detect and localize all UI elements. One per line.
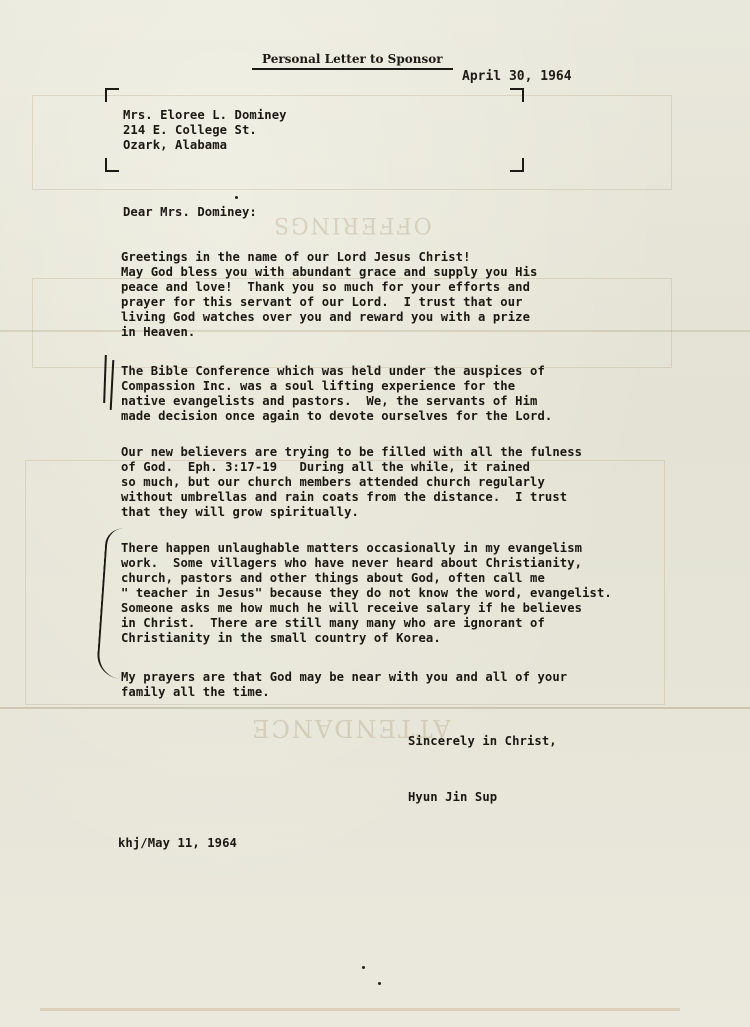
reference-line: khj/May 11, 1964 [118,836,237,851]
letter-date: April 30, 1964 [462,69,572,84]
address-corner-mark [510,158,524,172]
margin-mark [103,355,107,403]
ink-dot [362,966,365,969]
paragraph-greeting: Greetings in the name of our Lord Jesus … [121,250,538,340]
letter-heading: Personal Letter to Sponsor [252,52,453,70]
recipient-street: 214 E. College St. [123,123,257,137]
address-corner-mark [510,88,524,102]
recipient-city: Ozark, Alabama [123,138,227,152]
show-through-offerings: OFFERINGS [272,212,432,237]
paragraph-new-believers: Our new believers are trying to be fille… [121,445,582,520]
ink-dot [378,982,381,985]
paragraph-bible-conference: The Bible Conference which was held unde… [121,364,552,424]
fold-line [0,707,750,709]
address-corner-mark [105,88,119,102]
paper-stain [40,1008,680,1011]
signer-name: Hyun Jin Sup [408,790,497,805]
letter-page: OFFERINGS ATTENDANCE Personal Letter to … [0,0,750,1027]
salutation: Dear Mrs. Dominey: [123,205,257,220]
closing: Sincerely in Christ, [408,734,557,749]
recipient-address: Mrs. Eloree L. Dominey 214 E. College St… [123,108,287,153]
paragraph-evangelism: There happen unlaughable matters occasio… [121,541,612,646]
recipient-name: Mrs. Eloree L. Dominey [123,108,287,122]
address-corner-mark [105,158,119,172]
heading-text: Personal Letter to Sponsor [252,52,453,70]
ink-dot [235,196,238,199]
paragraph-prayers: My prayers are that God may be near with… [121,670,567,700]
